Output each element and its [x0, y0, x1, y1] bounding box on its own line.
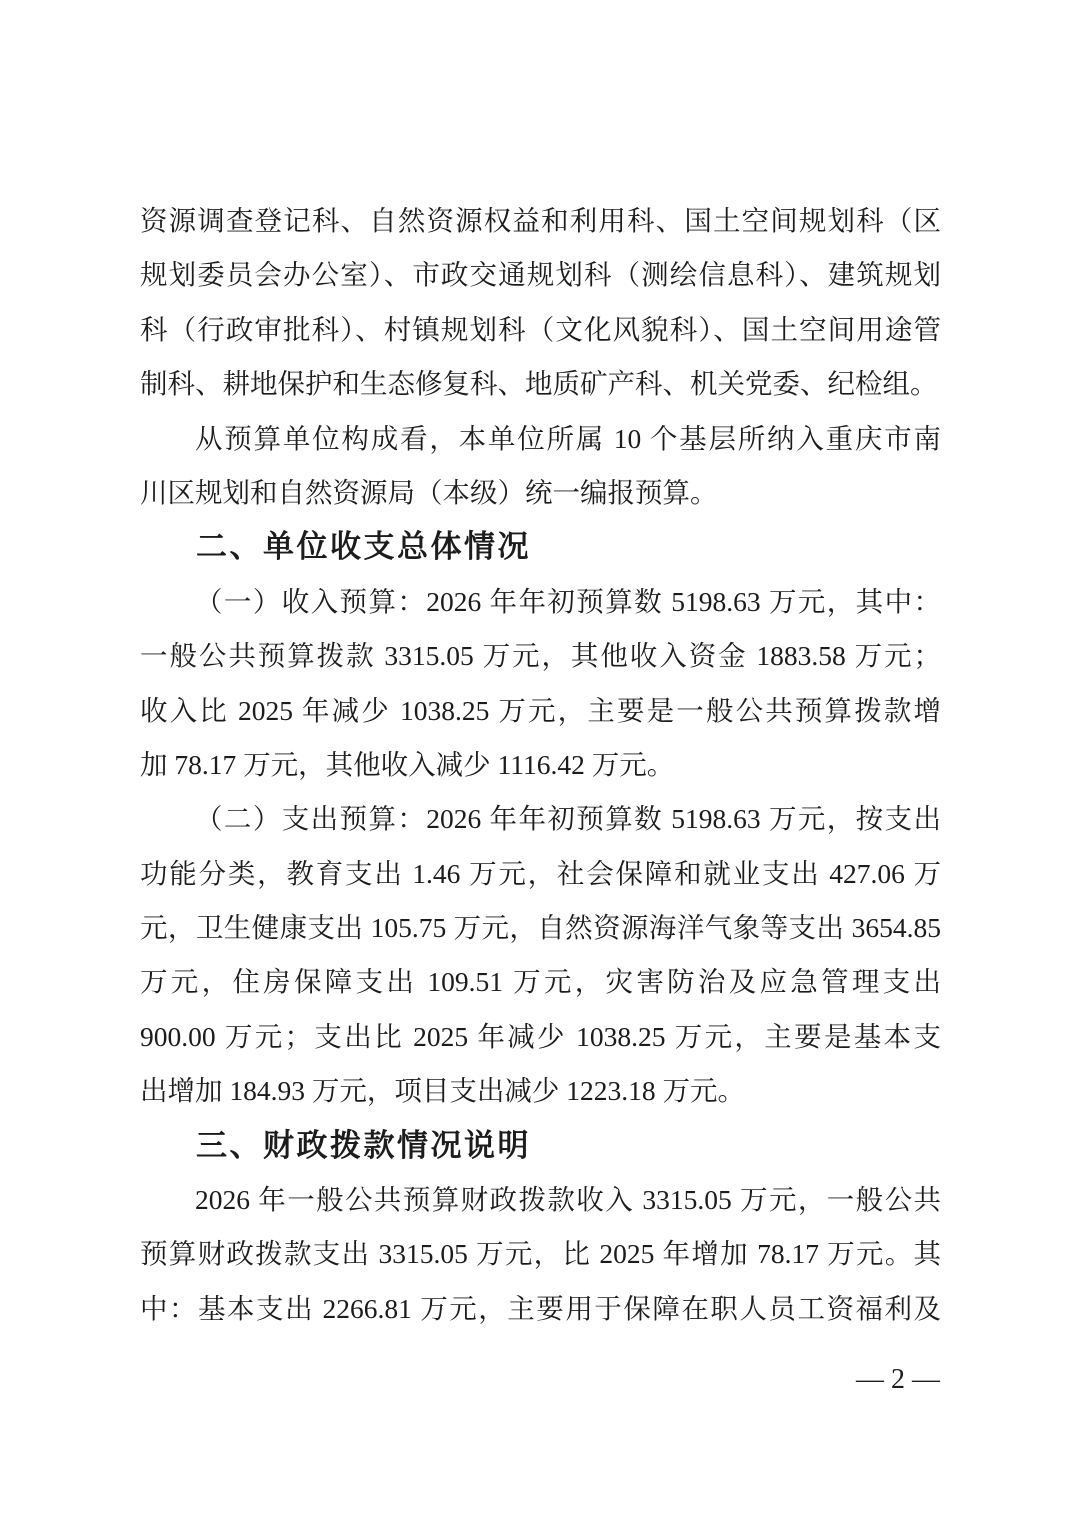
document-body: 资源调查登记科、自然资源权益和利用科、国土空间规划科（区 规划委员会办公室）、市…	[140, 194, 941, 1336]
document-line: 元，卫生健康支出 105.75 万元，自然资源海洋气象等支出 3654.85	[140, 901, 941, 955]
document-line: 功能分类，教育支出 1.46 万元，社会保障和就业支出 427.06 万	[140, 847, 941, 901]
document-line: 预算财政拨款支出 3315.05 万元，比 2025 年增加 78.17 万元。…	[140, 1227, 941, 1281]
document-line: 万元，住房保障支出 109.51 万元，灾害防治及应急管理支出	[140, 955, 941, 1009]
document-line: 900.00 万元；支出比 2025 年减少 1038.25 万元，主要是基本支	[140, 1010, 941, 1064]
document-line: 加 78.17 万元，其他收入减少 1116.42 万元。	[140, 738, 941, 792]
document-line: 从预算单位构成看，本单位所属 10 个基层所纳入重庆市南	[140, 412, 941, 466]
document-line: 中：基本支出 2266.81 万元，主要用于保障在职人员工资福利及	[140, 1282, 941, 1336]
document-page: 资源调查登记科、自然资源权益和利用科、国土空间规划科（区 规划委员会办公室）、市…	[0, 0, 1074, 1520]
document-line: 规划委员会办公室）、市政交通规划科（测绘信息科）、建筑规划	[140, 248, 941, 302]
document-line: 收入比 2025 年减少 1038.25 万元，主要是一般公共预算拨款增	[140, 684, 941, 738]
document-line: 出增加 184.93 万元，项目支出减少 1223.18 万元。	[140, 1064, 941, 1118]
document-line: 川区规划和自然资源局（本级）统一编报预算。	[140, 466, 941, 520]
page-number: — 2 —	[856, 1353, 940, 1407]
document-line: 2026 年一般公共预算财政拨款收入 3315.05 万元，一般公共	[140, 1173, 941, 1227]
section-heading-fiscal-appropriation: 三、财政拨款情况说明	[140, 1119, 941, 1173]
document-line: 制科、耕地保护和生态修复科、地质矿产科、机关党委、纪检组。	[140, 357, 941, 411]
document-line: 科（行政审批科）、村镇规划科（文化风貌科）、国土空间用途管	[140, 303, 941, 357]
document-line: 资源调查登记科、自然资源权益和利用科、国土空间规划科（区	[140, 194, 941, 248]
document-line: （二）支出预算：2026 年年初预算数 5198.63 万元，按支出	[140, 792, 941, 846]
document-line: 一般公共预算拨款 3315.05 万元，其他收入资金 1883.58 万元；	[140, 629, 941, 683]
document-line: （一）收入预算：2026 年年初预算数 5198.63 万元，其中：	[140, 575, 941, 629]
section-heading-income-expense-overview: 二、单位收支总体情况	[140, 520, 941, 574]
